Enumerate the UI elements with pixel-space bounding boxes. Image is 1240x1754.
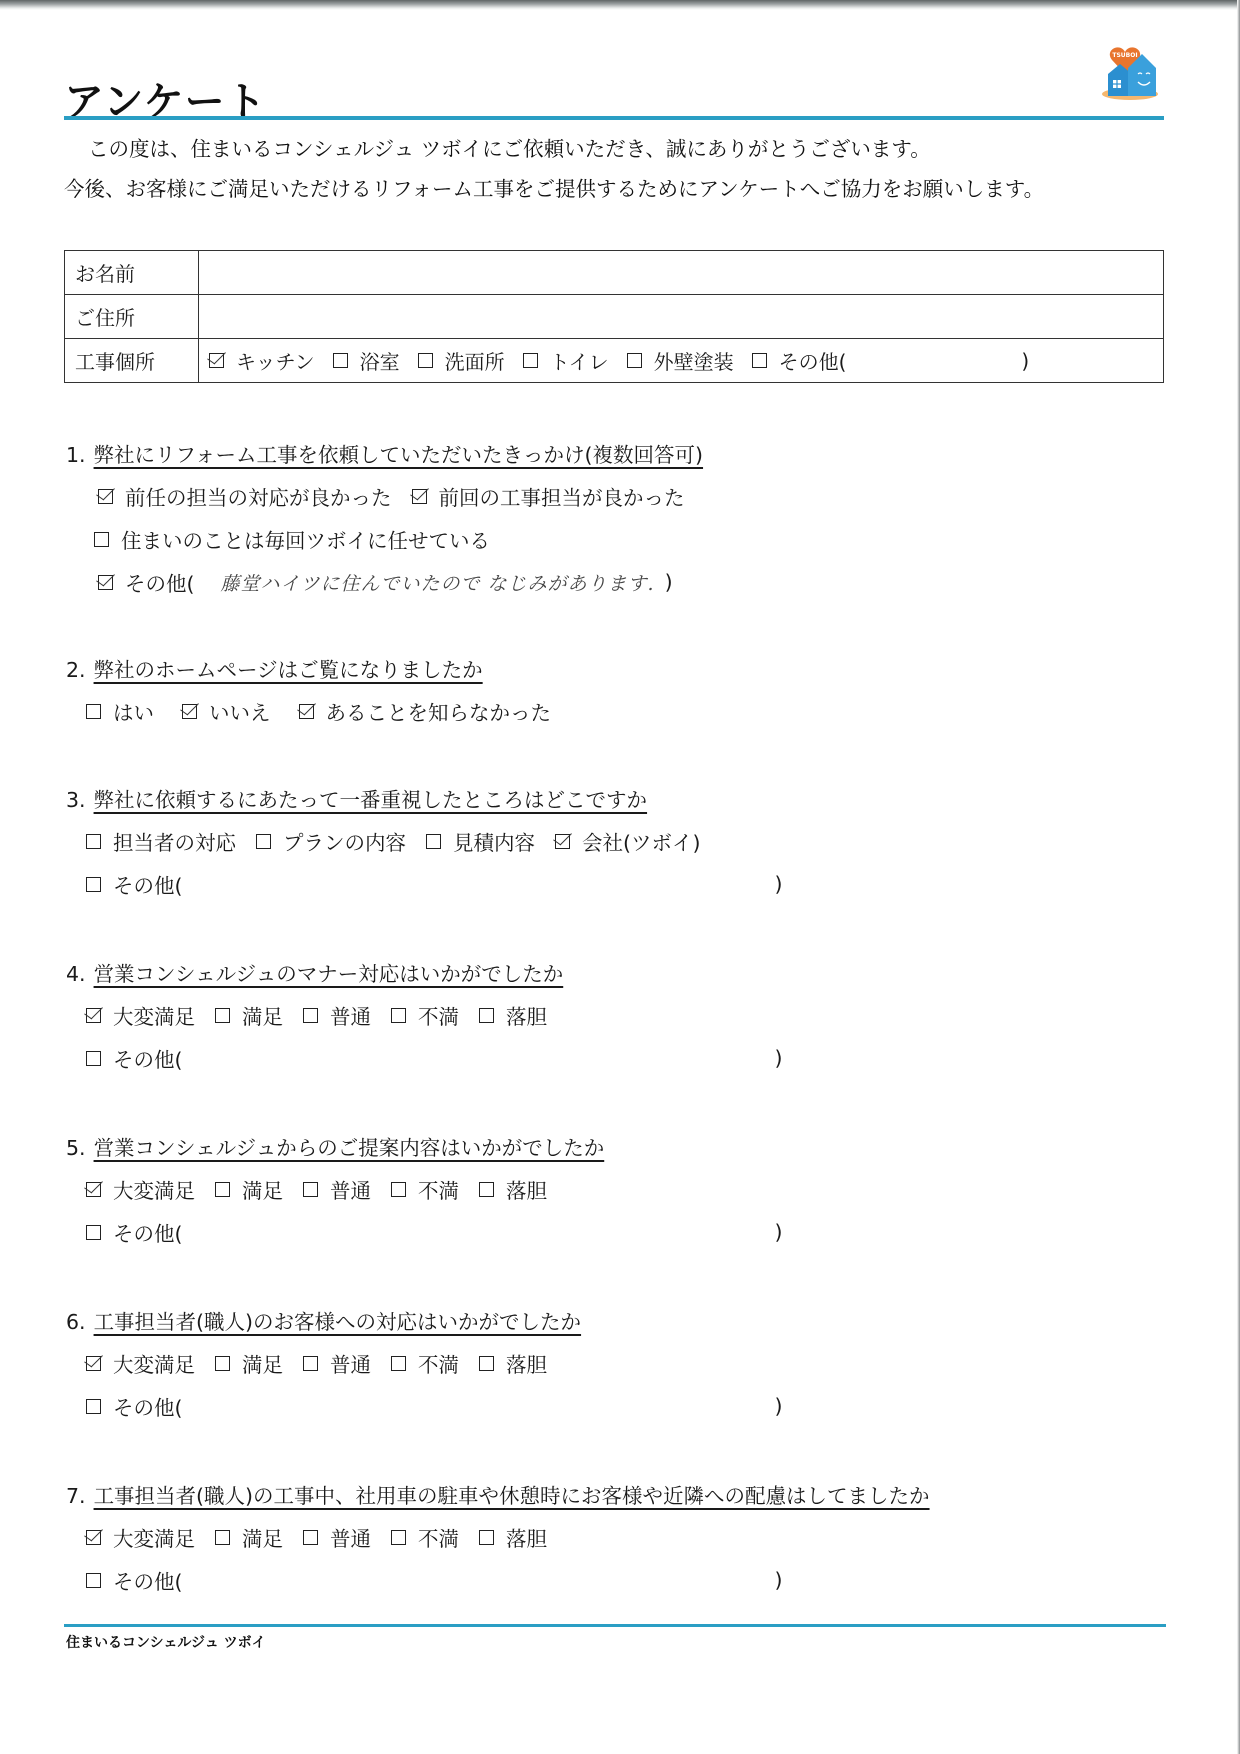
q1-options-row-2: 住まいのことは毎回ツボイに任せている <box>94 524 510 554</box>
q4-option-other[interactable]: その他() <box>86 1043 783 1073</box>
q5-option-satisfied[interactable]: 満足 <box>215 1174 283 1204</box>
checkbox-icon[interactable] <box>479 1356 494 1371</box>
location-option-kitchen[interactable]: キッチン <box>209 346 315 375</box>
question-2: 2.弊社のホームページはご覧になりましたか <box>66 653 483 683</box>
checkbox-icon[interactable] <box>303 1182 318 1197</box>
q3-options-row: 担当者の対応 プランの内容 見積内容 会社(ツボイ) <box>86 826 721 856</box>
question-7: 7.工事担当者(職人)の工事中、社用車の駐車や休憩時にお客様や近隣への配慮はして… <box>66 1479 930 1509</box>
name-field[interactable] <box>199 251 1164 295</box>
address-row: ご住所 <box>65 295 1164 339</box>
q2-option-yes[interactable]: はい <box>86 696 154 726</box>
q6-option-disappointed[interactable]: 落胆 <box>479 1348 547 1378</box>
checkbox-icon[interactable] <box>256 834 271 849</box>
checkbox-icon[interactable] <box>215 1182 230 1197</box>
checkbox-icon[interactable] <box>86 877 101 892</box>
q6-option-very-satisfied[interactable]: 大変満足 <box>86 1348 195 1378</box>
q7-option-other[interactable]: その他() <box>86 1565 783 1595</box>
location-option-other[interactable]: その他() <box>752 346 1030 375</box>
checkbox-checked-icon[interactable] <box>98 575 113 590</box>
title-divider <box>64 116 1164 120</box>
q1-options-row-3: その他(藤堂ハイツに住んでいたので なじみがあります.) <box>98 567 693 597</box>
q4-other-row: その他() <box>86 1043 803 1073</box>
checkbox-icon[interactable] <box>479 1008 494 1023</box>
checkbox-icon[interactable] <box>391 1356 406 1371</box>
checkbox-checked-icon[interactable] <box>555 834 570 849</box>
question-3: 3.弊社に依頼するにあたって一番重視したところはどこですか <box>66 783 647 813</box>
location-options: キッチン 浴室 洗面所 トイレ 外壁塗装 その他() <box>199 339 1164 383</box>
q4-option-dissatisfied[interactable]: 不満 <box>391 1000 459 1030</box>
checkbox-checked-icon[interactable] <box>98 489 113 504</box>
checkbox-icon[interactable] <box>86 704 101 719</box>
q4-option-very-satisfied[interactable]: 大変満足 <box>86 1000 195 1030</box>
address-label: ご住所 <box>65 295 199 339</box>
q3-option-staff[interactable]: 担当者の対応 <box>86 826 236 856</box>
checkbox-icon[interactable] <box>303 1008 318 1023</box>
scan-edge-top <box>0 0 1240 10</box>
location-row: 工事個所 キッチン 浴室 洗面所 トイレ 外壁塗装 その他() <box>65 339 1164 383</box>
checkbox-icon[interactable] <box>215 1530 230 1545</box>
checkbox-icon[interactable] <box>303 1530 318 1545</box>
q4-option-satisfied[interactable]: 満足 <box>215 1000 283 1030</box>
q4-options-row: 大変満足 満足 普通 不満 落胆 <box>86 1000 567 1030</box>
q6-other-row: その他() <box>86 1391 803 1421</box>
checkbox-icon[interactable] <box>94 532 109 547</box>
svg-text:TSUBOI: TSUBOI <box>1112 52 1137 59</box>
footer-divider <box>64 1624 1166 1627</box>
q1-option-other[interactable]: その他(藤堂ハイツに住んでいたので なじみがあります.) <box>98 567 673 597</box>
checkbox-icon[interactable] <box>391 1008 406 1023</box>
location-label: 工事個所 <box>65 339 199 383</box>
checkbox-icon[interactable] <box>215 1356 230 1371</box>
question-4: 4.営業コンシェルジュのマナー対応はいかがでしたか <box>66 957 563 987</box>
q5-option-disappointed[interactable]: 落胆 <box>479 1174 547 1204</box>
checkbox-icon[interactable] <box>523 353 538 368</box>
q3-option-company[interactable]: 会社(ツボイ) <box>555 826 701 856</box>
q7-option-average[interactable]: 普通 <box>303 1522 371 1552</box>
footer-company: 住まいるコンシェルジュ ツボイ <box>66 1632 266 1652</box>
checkbox-checked-icon[interactable] <box>182 704 197 719</box>
checkbox-checked-icon[interactable] <box>209 353 224 368</box>
question-5: 5.営業コンシェルジュからのご提案内容はいかがでしたか <box>66 1131 604 1161</box>
q7-option-disappointed[interactable]: 落胆 <box>479 1522 547 1552</box>
checkbox-icon[interactable] <box>479 1530 494 1545</box>
question-6: 6.工事担当者(職人)のお客様への対応はいかがでしたか <box>66 1305 581 1335</box>
q2-option-no[interactable]: いいえ <box>182 696 271 726</box>
q4-option-disappointed[interactable]: 落胆 <box>479 1000 547 1030</box>
q1-option-previous-construction[interactable]: 前回の工事担当が良かった <box>412 481 685 511</box>
checkbox-icon[interactable] <box>86 1051 101 1066</box>
checkbox-icon[interactable] <box>627 353 642 368</box>
checkbox-icon[interactable] <box>333 353 348 368</box>
checkbox-icon[interactable] <box>86 1399 101 1414</box>
question-1: 1.弊社にリフォーム工事を依頼していただいたきっかけ(複数回答可) <box>66 438 703 468</box>
q7-other-row: その他() <box>86 1565 803 1595</box>
q3-option-other[interactable]: その他() <box>86 869 783 899</box>
q6-option-other[interactable]: その他() <box>86 1391 783 1421</box>
q3-option-plan[interactable]: プランの内容 <box>256 826 406 856</box>
q4-option-average[interactable]: 普通 <box>303 1000 371 1030</box>
house-heart-logo-icon: TSUBOI <box>1098 44 1162 104</box>
q2-options-row: はい いいえ あることを知らなかった <box>86 696 571 726</box>
q2-option-didnt-know[interactable]: あることを知らなかった <box>299 696 552 726</box>
q6-option-dissatisfied[interactable]: 不満 <box>391 1348 459 1378</box>
checkbox-icon[interactable] <box>479 1182 494 1197</box>
q7-options-row: 大変満足 満足 普通 不満 落胆 <box>86 1522 567 1552</box>
q6-option-average[interactable]: 普通 <box>303 1348 371 1378</box>
q1-options-row-1: 前任の担当の対応が良かった 前回の工事担当が良かった <box>98 481 705 511</box>
name-row: お名前 <box>65 251 1164 295</box>
checkbox-icon[interactable] <box>86 1573 101 1588</box>
checkbox-icon[interactable] <box>86 834 101 849</box>
checkbox-checked-icon[interactable] <box>412 489 427 504</box>
q5-option-very-satisfied[interactable]: 大変満足 <box>86 1174 195 1204</box>
q7-option-satisfied[interactable]: 満足 <box>215 1522 283 1552</box>
checkbox-icon[interactable] <box>418 353 433 368</box>
q5-option-other[interactable]: その他() <box>86 1217 783 1247</box>
intro-line-2: 今後、お客様にご満足いただけるリフォーム工事をご提供するためにアンケートへご協力… <box>64 172 1044 202</box>
q5-other-row: その他() <box>86 1217 803 1247</box>
checkbox-checked-icon[interactable] <box>86 1008 101 1023</box>
location-option-exterior-paint[interactable]: 外壁塗装 <box>627 346 734 375</box>
q5-options-row: 大変満足 満足 普通 不満 落胆 <box>86 1174 567 1204</box>
q7-option-very-satisfied[interactable]: 大変満足 <box>86 1522 195 1552</box>
location-option-toilet[interactable]: トイレ <box>523 346 609 375</box>
checkbox-icon[interactable] <box>86 1225 101 1240</box>
checkbox-icon[interactable] <box>391 1182 406 1197</box>
name-label: お名前 <box>65 251 199 295</box>
q1-other-answer[interactable]: 藤堂ハイツに住んでいたので なじみがあります. <box>221 569 655 596</box>
q6-options-row: 大変満足 満足 普通 不満 落胆 <box>86 1348 567 1378</box>
q5-option-dissatisfied[interactable]: 不満 <box>391 1174 459 1204</box>
intro-line-1: この度は、住まいるコンシェルジュ ツボイにご依頼いただき、誠にありがとうございま… <box>88 132 931 162</box>
q3-other-row: その他() <box>86 869 803 899</box>
q3-option-estimate[interactable]: 見積内容 <box>426 826 535 856</box>
address-field[interactable] <box>199 295 1164 339</box>
checkbox-checked-icon[interactable] <box>86 1182 101 1197</box>
checkbox-checked-icon[interactable] <box>86 1356 101 1371</box>
q5-option-average[interactable]: 普通 <box>303 1174 371 1204</box>
checkbox-icon[interactable] <box>391 1530 406 1545</box>
checkbox-icon[interactable] <box>215 1008 230 1023</box>
q1-option-always-tsuboi[interactable]: 住まいのことは毎回ツボイに任せている <box>94 524 490 554</box>
q6-option-satisfied[interactable]: 満足 <box>215 1348 283 1378</box>
customer-info-table: お名前 ご住所 工事個所 キッチン 浴室 洗面所 トイレ 外壁塗装 その他() <box>64 250 1164 383</box>
checkbox-checked-icon[interactable] <box>86 1530 101 1545</box>
location-option-washroom[interactable]: 洗面所 <box>418 346 505 375</box>
checkbox-checked-icon[interactable] <box>299 704 314 719</box>
checkbox-icon[interactable] <box>303 1356 318 1371</box>
checkbox-icon[interactable] <box>426 834 441 849</box>
q1-option-previous-rep[interactable]: 前任の担当の対応が良かった <box>98 481 392 511</box>
q7-option-dissatisfied[interactable]: 不満 <box>391 1522 459 1552</box>
location-option-bath[interactable]: 浴室 <box>333 346 400 375</box>
checkbox-icon[interactable] <box>752 353 767 368</box>
